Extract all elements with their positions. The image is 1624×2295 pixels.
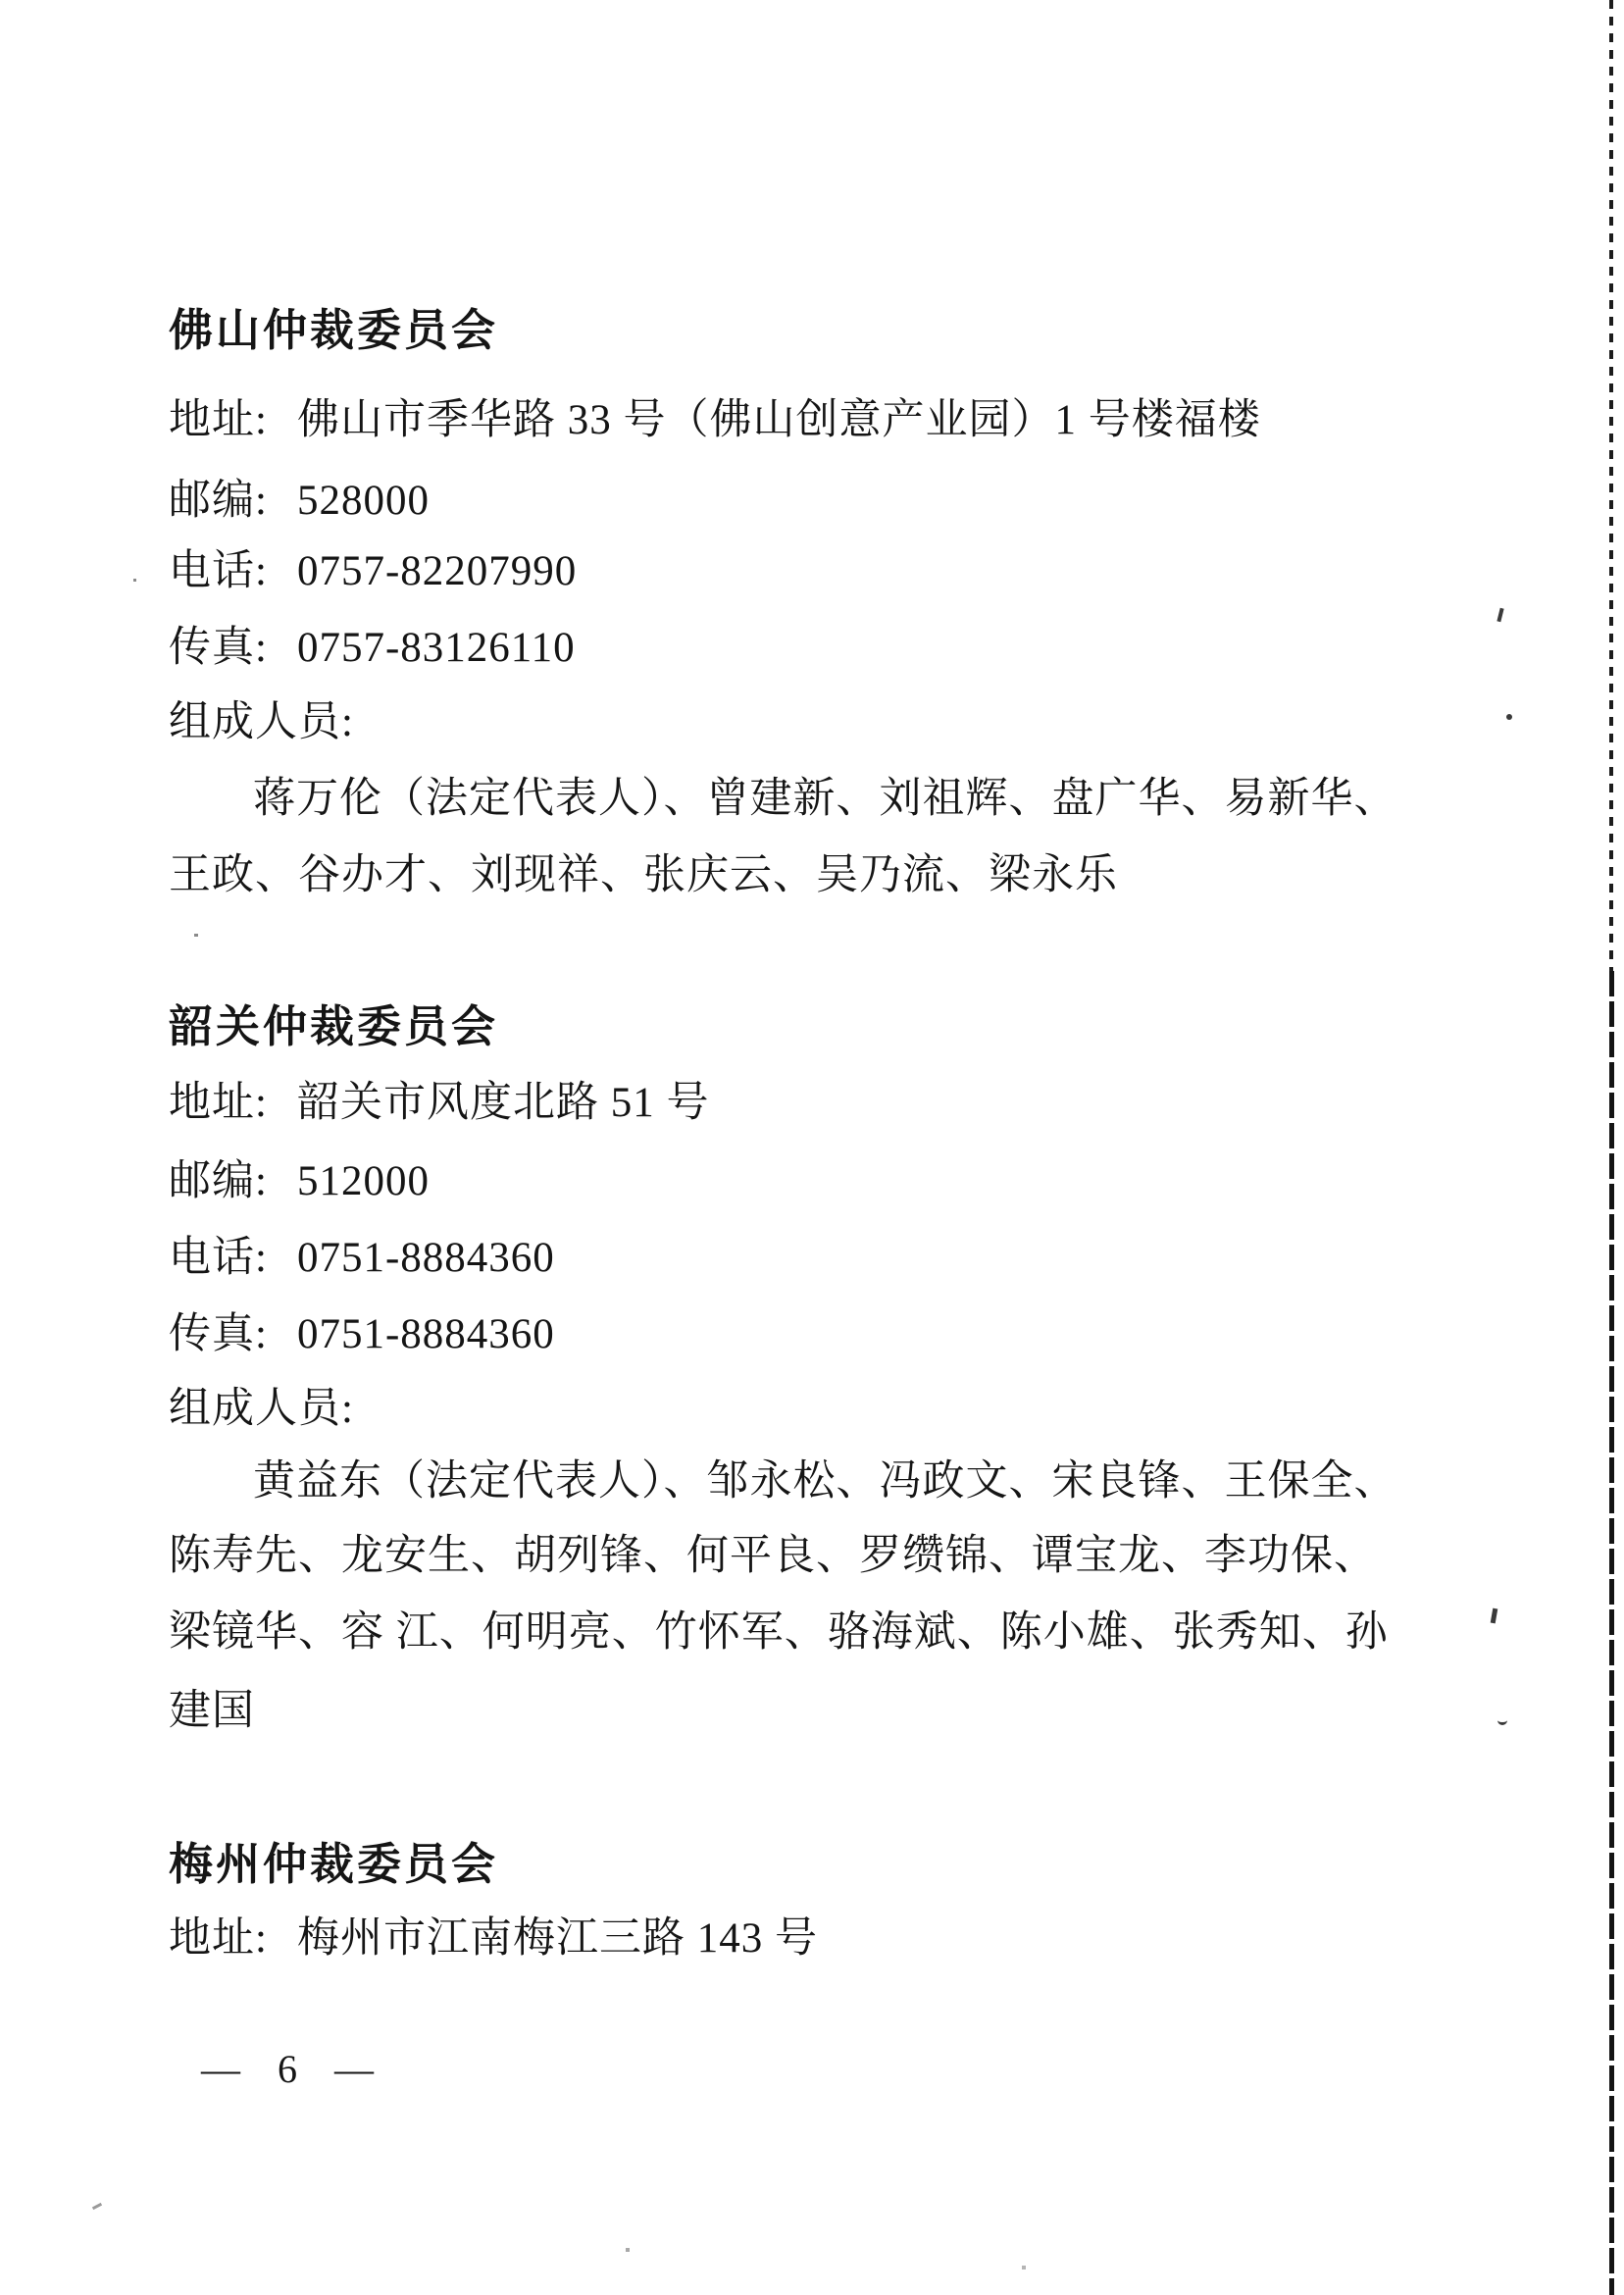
address-row: 地址:佛山市季华路 33 号（佛山创意产业园）1 号楼福楼 (169, 396, 1261, 445)
members-line: 黄益东（法定代表人）、邹永松、冯政文、宋良锋、王保全、 (253, 1457, 1397, 1506)
members-line: 蒋万伦（法定代表人）、曾建新、刘祖辉、盘广华、易新华、 (253, 775, 1397, 824)
address-row: 地址:韶关市风度北路 51 号 (169, 1079, 709, 1128)
scan-artifact (92, 2203, 102, 2210)
postcode-value: 512000 (297, 1158, 430, 1204)
fax-row: 传真:0751-8884360 (169, 1310, 555, 1359)
postcode-row: 邮编:528000 (169, 477, 430, 526)
postcode-value: 528000 (297, 478, 430, 524)
scan-artifact (194, 934, 198, 937)
scan-artifact (1022, 2266, 1026, 2269)
page-number: — 6 — (201, 2046, 387, 2092)
scan-artifact (133, 579, 136, 582)
postcode-label: 邮编: (169, 1157, 268, 1206)
postcode-label: 邮编: (169, 477, 268, 526)
members-label: 组成人员: (169, 698, 354, 747)
committee-title-meizhou: 梅州仲裁委员会 (169, 1840, 498, 1889)
phone-row: 电话:0751-8884360 (169, 1234, 555, 1283)
scan-artifact (1497, 1714, 1507, 1725)
scan-artifact (1497, 608, 1503, 623)
fax-label: 传真: (169, 1310, 268, 1359)
fax-value: 0757-83126110 (297, 625, 576, 671)
phone-label: 电话: (169, 1234, 268, 1283)
members-line: 梁镜华、容 江、何明亮、竹怀军、骆海斌、陈小雄、张秀知、孙 (169, 1608, 1389, 1657)
scan-artifact-edge-line (1609, 971, 1614, 2295)
address-value: 韶关市风度北路 51 号 (297, 1080, 710, 1126)
scan-artifact (626, 2248, 630, 2252)
address-label: 地址: (169, 396, 268, 445)
scan-artifact (1491, 1608, 1498, 1624)
committee-title-shaoguan: 韶关仲裁委员会 (169, 1002, 498, 1051)
members-label: 组成人员: (169, 1385, 354, 1434)
fax-row: 传真:0757-83126110 (169, 624, 576, 673)
address-row: 地址:梅州市江南梅江三路 143 号 (169, 1914, 818, 1963)
phone-value: 0751-8884360 (297, 1235, 555, 1281)
members-line: 王政、谷办才、刘现祥、张庆云、吴乃流、梁永乐 (169, 851, 1118, 900)
address-label: 地址: (169, 1914, 268, 1963)
phone-value: 0757-82207990 (297, 548, 577, 594)
address-label: 地址: (169, 1079, 268, 1128)
scan-artifact-edge-line (1609, 0, 1613, 971)
committee-title-foshan: 佛山仲裁委员会 (169, 306, 498, 355)
phone-label: 电话: (169, 547, 268, 596)
postcode-row: 邮编:512000 (169, 1157, 430, 1206)
fax-label: 传真: (169, 624, 268, 673)
address-value: 梅州市江南梅江三路 143 号 (297, 1915, 818, 1962)
members-line: 陈寿先、龙安生、胡列锋、何平良、罗缵锦、谭宝龙、李功保、 (169, 1532, 1377, 1581)
document-page: 佛山仲裁委员会 地址:佛山市季华路 33 号（佛山创意产业园）1 号楼福楼 邮编… (0, 0, 1624, 2295)
address-value: 佛山市季华路 33 号（佛山创意产业园）1 号楼福楼 (297, 397, 1261, 443)
phone-row: 电话:0757-82207990 (169, 547, 577, 596)
fax-value: 0751-8884360 (297, 1311, 555, 1357)
scan-artifact (1506, 714, 1512, 720)
members-line: 建国 (169, 1687, 255, 1736)
